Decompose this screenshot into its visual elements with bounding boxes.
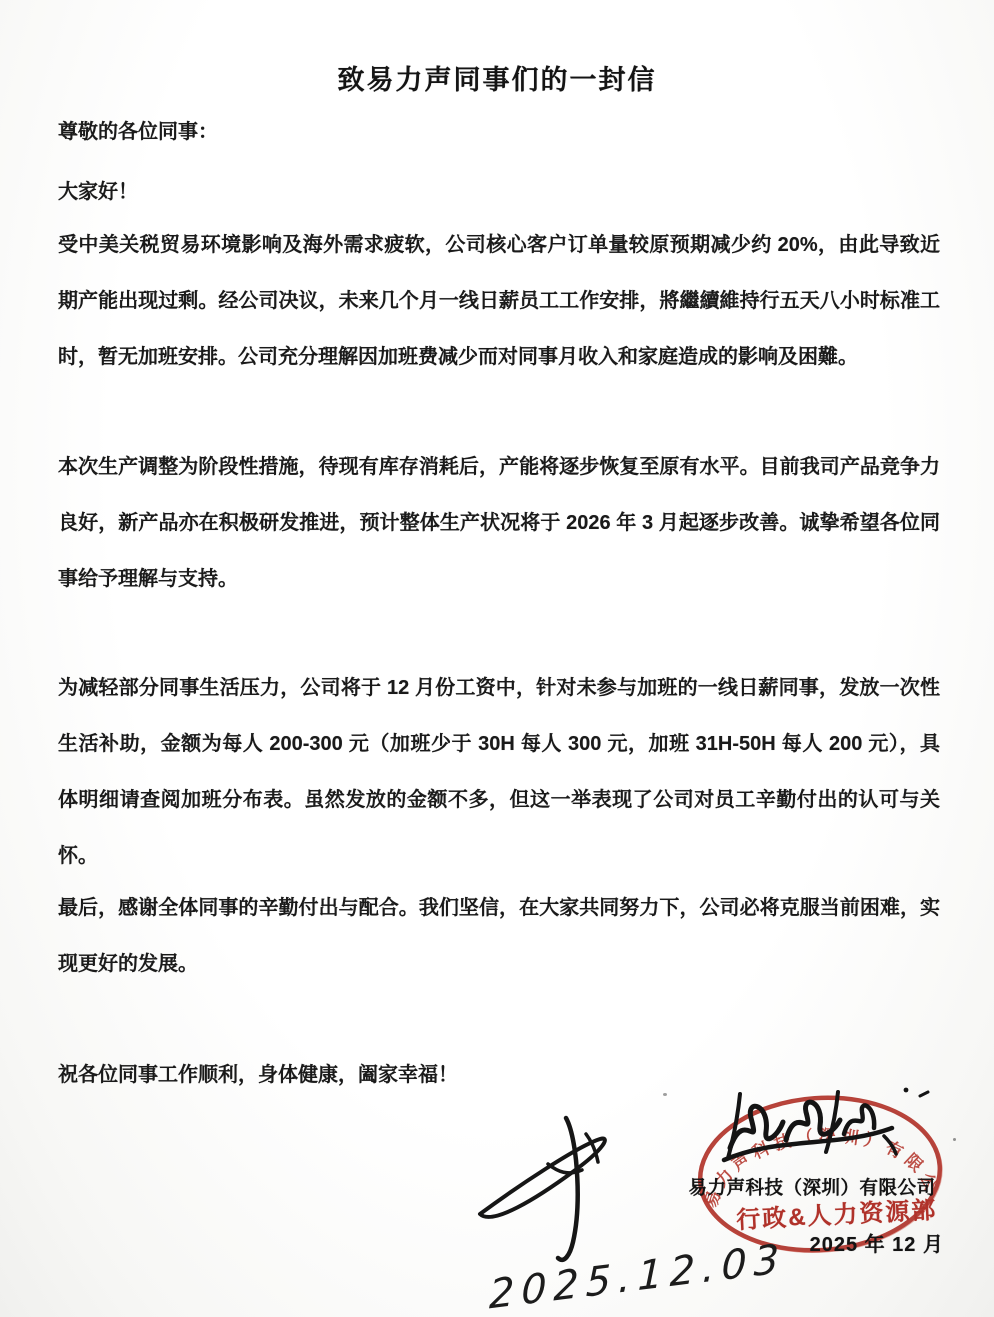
photo-speck (663, 1093, 667, 1096)
company-stamp: 易力声科技（深圳）有限公司 易力声科技（深圳）有限公司 行政&人力资源部 202… (688, 1082, 960, 1268)
paragraph-thanks: 最后，感谢全体同事的辛勤付出与配合。我们坚信，在大家共同努力下，公司必将克服当前… (58, 880, 940, 992)
paragraph-production-cut: 受中美关税贸易环境影响及海外需求疲软，公司核心客户订单量较原预期减少约 20%，… (58, 217, 940, 385)
salutation: 尊敬的各位同事： (58, 104, 940, 160)
paragraph-recovery-outlook: 本次生产调整为阶段性措施，待现有库存消耗后，产能将逐步恢复至原有水平。目前我司产… (58, 439, 940, 607)
paragraph-subsidy: 为减轻部分同事生活压力，公司将于 12 月份工资中，针对未参与加班的一线日薪同事… (58, 660, 940, 884)
greeting: 大家好！ (58, 164, 940, 220)
photo-speck (953, 1138, 956, 1141)
page-title: 致易力声同事们的一封信 (0, 58, 994, 97)
letter-page: 致易力声同事们的一封信 尊敬的各位同事： 大家好！ 受中美关税贸易环境影响及海外… (0, 0, 994, 1317)
stamp-date: 2025 年 12 月 (810, 1228, 944, 1257)
